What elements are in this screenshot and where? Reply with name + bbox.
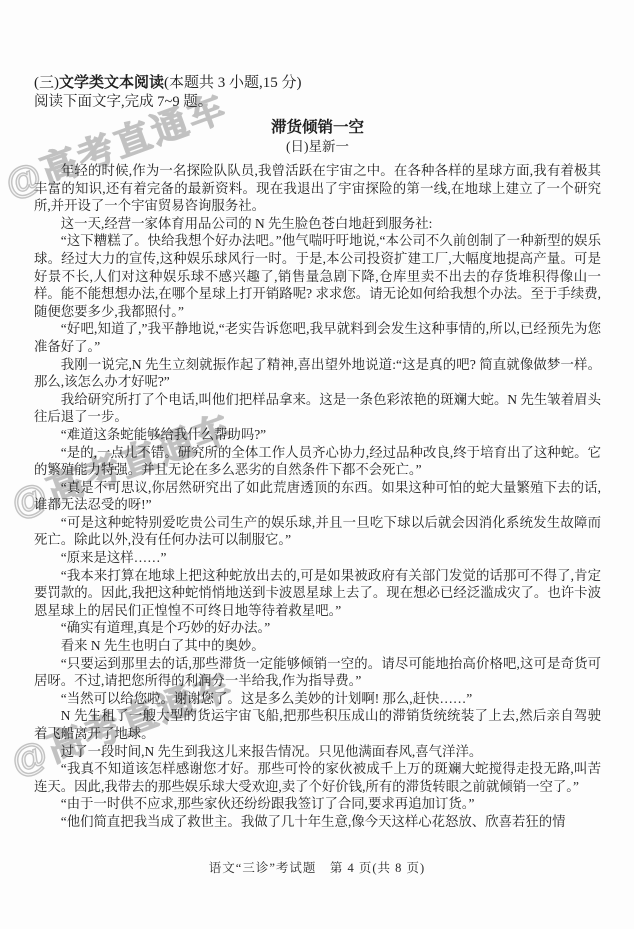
- story-paragraph: “可是这种蛇特别爱吃贵公司生产的娱乐球,并且一旦吃下球以后就会因消化系统发生故障…: [34, 514, 601, 549]
- story-paragraph: “由于一时供不应求,那些家伙还纷纷跟我签订了合同,要求再追加订货。”: [34, 795, 601, 813]
- page-content: (三)文学类文本阅读(本题共 3 小题,15 分) 阅读下面文字,完成 7~9 …: [34, 74, 601, 831]
- exam-paper-page: @高考直通车 @高考直通车 @高考直通车 (三)文学类文本阅读(本题共 3 小题…: [0, 0, 634, 929]
- story-paragraph: “是的,一点儿不错。研究所的全体工作人员齐心协力,经过品种改良,终于培育出了这种…: [34, 444, 601, 479]
- story-paragraph: 我刚一说完,N 先生立刻就振作起了精神,喜出望外地说道:“这是真的吧? 简直就像…: [34, 356, 601, 391]
- story-paragraph: “他们简直把我当成了救世主。我做了几十年生意,像今天这样心花怒放、欣喜若狂的情: [34, 813, 601, 831]
- story-paragraph: 年轻的时候,作为一名探险队队员,我曾活跃在宇宙之中。在各种各样的星球方面,我有着…: [34, 162, 601, 215]
- story-title: 滞货倾销一空: [34, 118, 601, 138]
- story-paragraph: “只要运到那里去的话,那些滞货一定能够倾销一空的。请尽可能地抬高价格吧,这可是奇…: [34, 655, 601, 690]
- story-paragraph: N 先生租了一艘大型的货运宇宙飞船,把那些积压成山的滞销货统统装了上去,然后亲自…: [34, 707, 601, 742]
- section-points: (本题共 3 小题,15 分): [164, 75, 302, 91]
- story-paragraph: “当然可以给您啦。谢谢您了。这是多么美妙的计划啊! 那么,赶快……”: [34, 690, 601, 708]
- story-author: (日)星新一: [34, 138, 601, 156]
- story-paragraph: “我真不知道该怎样感谢您才好。那些可怜的家伙被成千上万的斑斓大蛇搅得走投无路,叫…: [34, 760, 601, 795]
- story-paragraph: 这一天,经营一家体育用品公司的 N 先生脸色苍白地赶到服务社:: [34, 215, 601, 233]
- section-title: 文学类文本阅读: [59, 75, 164, 91]
- story-paragraph: “确实有道理,真是个巧妙的好办法。”: [34, 619, 601, 637]
- story-paragraph: “这下糟糕了。快给我想个好办法吧。”他气喘吁吁地说,“本公司不久前创制了一种新型…: [34, 232, 601, 320]
- section-header: (三)文学类文本阅读(本题共 3 小题,15 分): [34, 74, 601, 93]
- story-body: 年轻的时候,作为一名探险队队员,我曾活跃在宇宙之中。在各种各样的星球方面,我有着…: [34, 162, 601, 831]
- story-paragraph: 我给研究所打了个电话,叫他们把样品拿来。这是一条色彩浓艳的斑斓大蛇。N 先生皱着…: [34, 391, 601, 426]
- story-paragraph: “难道这条蛇能够给我什么帮助吗?”: [34, 426, 601, 444]
- section-number: (三): [34, 75, 59, 91]
- story-paragraph: “我本来打算在地球上把这种蛇放出去的,可是如果被政府有关部门发觉的话那可不得了,…: [34, 567, 601, 620]
- story-paragraph: 过了一段时间,N 先生到我这儿来报告情况。只见他满面春风,喜气洋洋。: [34, 743, 601, 761]
- story-paragraph: “原来是这样……”: [34, 549, 601, 567]
- story-paragraph: “好吧,知道了,”我平静地说,“老实告诉您吧,我早就料到会发生这种事情的,所以,…: [34, 320, 601, 355]
- page-footer: 语文“三诊”考试题 第 4 页(共 8 页): [0, 858, 634, 876]
- story-paragraph: “真是不可思议,你居然研究出了如此荒唐透顶的东西。如果这种可怕的蛇大量繁殖下去的…: [34, 479, 601, 514]
- story-paragraph: 看来 N 先生也明白了其中的奥妙。: [34, 637, 601, 655]
- reading-instruction: 阅读下面文字,完成 7~9 题。: [34, 93, 601, 112]
